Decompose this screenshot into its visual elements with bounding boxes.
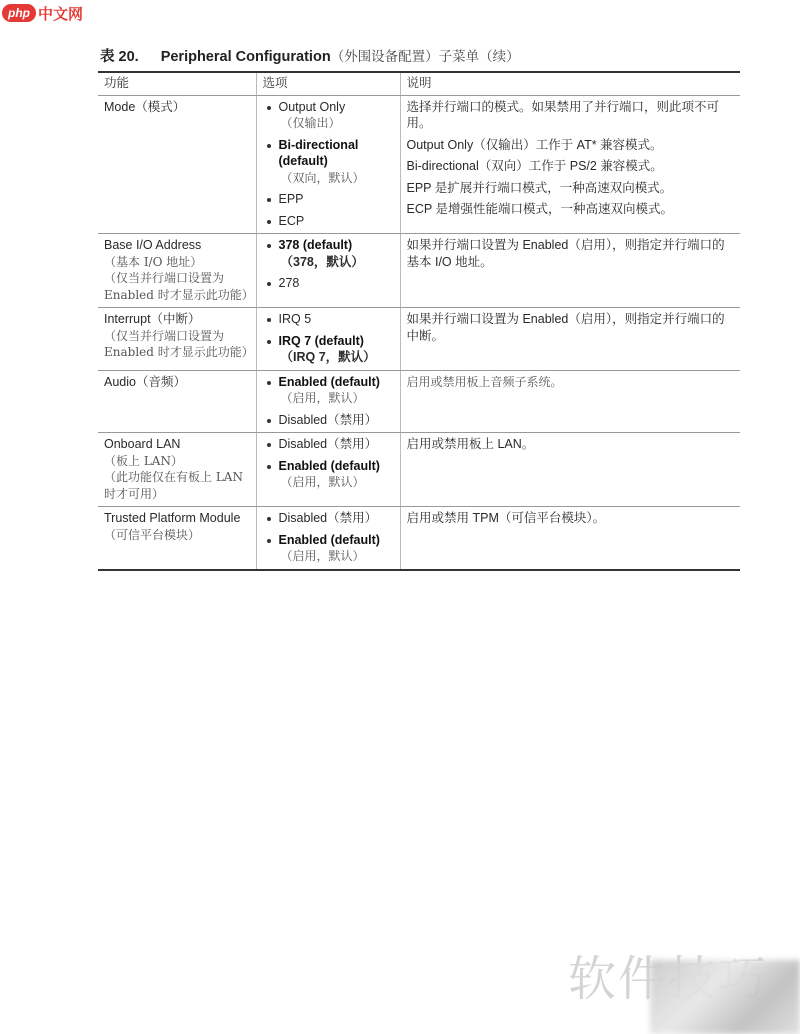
feature-cell: Onboard LAN （板上 LAN） （此功能仅在有板上 LAN 时才可用）: [98, 433, 256, 507]
option-item: ECP: [263, 213, 394, 230]
table-row-base-io-address: Base I/O Address （基本 I/O 地址） （仅当并行端口设置为 …: [98, 234, 740, 308]
feature-name: Interrupt（中断）: [104, 311, 250, 328]
logo-text: 中文网: [38, 3, 83, 24]
options-cell: IRQ 5 IRQ 7 (default)（IRQ 7，默认）: [256, 308, 400, 371]
table-number: 表 20.: [100, 49, 139, 65]
description-cell: 选择并行端口的模式。如果禁用了并行端口，则此项不可用。 Output Only（…: [400, 95, 740, 234]
description-cell: 如果并行端口设置为 Enabled（启用），则指定并行端口的中断。: [400, 308, 740, 371]
options-cell: Enabled (default)（启用，默认） Disabled（禁用）: [256, 370, 400, 433]
header-description: 说明: [400, 72, 740, 95]
feature-name: Mode（模式）: [104, 99, 250, 116]
feature-cell: Interrupt（中断） （仅当并行端口设置为 Enabled 时才显示此功能…: [98, 308, 256, 371]
header-feature: 功能: [98, 72, 256, 95]
site-logo[interactable]: php 中文网: [2, 2, 83, 24]
peripheral-config-table: 功能 选项 说明 Mode（模式） Output Only（仅输出） Bi-di…: [98, 71, 740, 571]
table-title-cn: （外围设备配置）子菜单（续）: [331, 49, 520, 65]
option-item-default: 378 (default)（378，默认）: [263, 237, 394, 270]
option-item-default: Enabled (default)（启用，默认）: [263, 374, 394, 407]
options-cell: Disabled（禁用） Enabled (default)（启用，默认）: [256, 433, 400, 507]
option-item: EPP: [263, 191, 394, 208]
table-title-en: Peripheral Configuration: [161, 49, 331, 65]
feature-cell: Audio（音频）: [98, 370, 256, 433]
header-options: 选项: [256, 72, 400, 95]
option-item: Disabled（禁用）: [263, 510, 394, 527]
option-item: Output Only（仅输出）: [263, 99, 394, 132]
feature-name: Base I/O Address: [104, 237, 250, 254]
options-cell: Disabled（禁用） Enabled (default)（启用，默认）: [256, 507, 400, 570]
option-item-default: Enabled (default)（启用，默认）: [263, 458, 394, 491]
watermark-blur-overlay: [650, 960, 800, 1034]
table-caption: 表 20.Peripheral Configuration（外围设备配置）子菜单…: [100, 45, 520, 66]
feature-cell: Trusted Platform Module （可信平台模块）: [98, 507, 256, 570]
table-row-interrupt: Interrupt（中断） （仅当并行端口设置为 Enabled 时才显示此功能…: [98, 308, 740, 371]
options-cell: 378 (default)（378，默认） 278: [256, 234, 400, 308]
feature-name: Trusted Platform Module: [104, 510, 250, 527]
option-item: IRQ 5: [263, 311, 394, 328]
description-cell: 启用或禁用板上音频子系统。: [400, 370, 740, 433]
table-row-onboard-lan: Onboard LAN （板上 LAN） （此功能仅在有板上 LAN 时才可用）…: [98, 433, 740, 507]
feature-name: Audio（音频）: [104, 374, 250, 391]
description-cell: 启用或禁用 TPM（可信平台模块）。: [400, 507, 740, 570]
option-item-default: IRQ 7 (default)（IRQ 7，默认）: [263, 333, 394, 366]
option-item: Disabled（禁用）: [263, 436, 394, 453]
description-cell: 启用或禁用板上 LAN。: [400, 433, 740, 507]
feature-cell: Base I/O Address （基本 I/O 地址） （仅当并行端口设置为 …: [98, 234, 256, 308]
option-item: Disabled（禁用）: [263, 412, 394, 429]
table-row-tpm: Trusted Platform Module （可信平台模块） Disable…: [98, 507, 740, 570]
options-cell: Output Only（仅输出） Bi-directional (default…: [256, 95, 400, 234]
description-cell: 如果并行端口设置为 Enabled（启用），则指定并行端口的基本 I/O 地址。: [400, 234, 740, 308]
table-row-mode: Mode（模式） Output Only（仅输出） Bi-directional…: [98, 95, 740, 234]
logo-badge: php: [2, 4, 36, 22]
option-item-default: Enabled (default)（启用，默认）: [263, 532, 394, 565]
feature-name: Onboard LAN: [104, 436, 250, 453]
feature-cell: Mode（模式）: [98, 95, 256, 234]
table-header-row: 功能 选项 说明: [98, 72, 740, 95]
option-item-default: Bi-directional (default)（双向，默认）: [263, 137, 394, 187]
table-row-audio: Audio（音频） Enabled (default)（启用，默认） Disab…: [98, 370, 740, 433]
option-item: 278: [263, 275, 394, 292]
